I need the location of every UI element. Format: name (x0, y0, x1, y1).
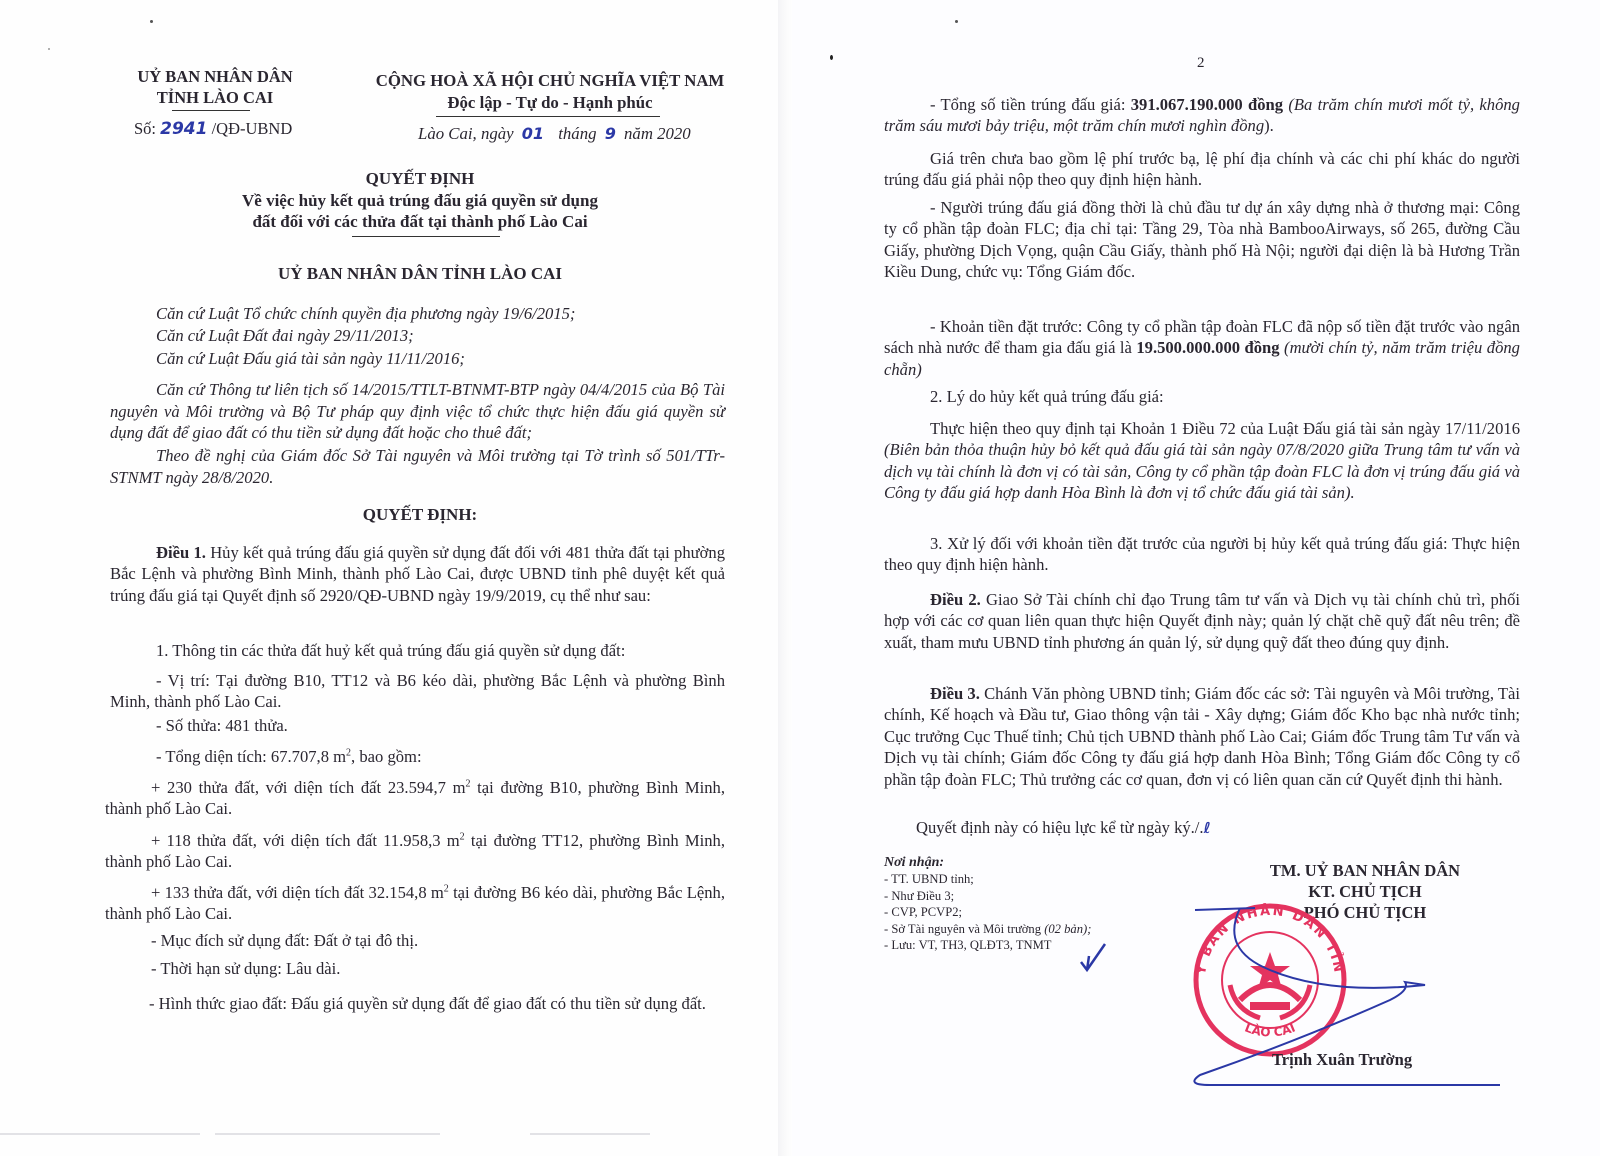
total-area-suffix: , bao gồm: (351, 747, 422, 766)
number-prefix: Số: (134, 119, 156, 138)
article-2-label: Điều 2. (930, 590, 981, 609)
handwritten-number: 2941 (160, 119, 207, 139)
article-2: Điều 2. Giao Sở Tài chính chỉ đạo Trung … (884, 589, 1520, 653)
parcel-group-3: + 133 thửa đất, với diện tích đất 32.154… (105, 882, 725, 925)
initial-check-icon (1075, 940, 1115, 975)
subject-line-2: đất đối với các thửa đất tại thành phố L… (150, 211, 690, 233)
recipients-title: Nơi nhận: (884, 855, 1184, 871)
parcel-group-1: + 230 thửa đất, với diện tích đất 23.594… (105, 777, 725, 820)
total-amount-close: ). (1264, 116, 1274, 135)
recipient-item: - Lưu: VT, TH3, QLĐT3, TNMT (884, 937, 1184, 953)
cancellation-reason: Thực hiện theo quy định tại Khoản 1 Điều… (884, 418, 1520, 504)
effective-text: Quyết định này có hiệu lực kể từ ngày ký… (916, 818, 1204, 837)
legal-basis-4: Căn cứ Thông tư liên tịch số 14/2015/TTL… (110, 379, 725, 444)
date-place: Lào Cai, ngày (418, 124, 514, 143)
price-note: Giá trên chưa bao gồm lệ phí trước bạ, l… (884, 148, 1520, 191)
page-gutter (778, 0, 792, 1156)
section-3-deposit-handling: 3. Xử lý đối với khoản tiền đặt trước củ… (884, 533, 1520, 576)
date-day: 01 (522, 124, 544, 143)
date-month-label: tháng (558, 124, 596, 143)
deposit-info: - Khoản tiền đặt trước: Công ty cổ phần … (884, 316, 1520, 380)
article-1-label: Điều 1. (156, 543, 206, 562)
total-area: - Tổng diện tích: 67.707,8 m2, bao gồm: (110, 746, 725, 767)
motto-underline (436, 116, 660, 117)
total-amount-label: - Tổng số tiền trúng đấu giá: (930, 95, 1125, 114)
decision-title: QUYẾT ĐỊNH Về việc hủy kết quả trúng đấu… (150, 168, 690, 233)
effective-clause: Quyết định này có hiệu lực kể từ ngày ký… (870, 817, 1506, 839)
parcel-group-2-area: + 118 thửa đất, với diện tích đất 11.958… (151, 831, 460, 850)
date-month: 9 (605, 124, 616, 143)
section-1-title: 1. Thông tin các thửa đất huỷ kết quả tr… (110, 640, 725, 661)
recipient-text: - Lưu: VT, TH3, QLĐT3, TNMT (884, 938, 1052, 952)
parcel-group-1-area: + 230 thửa đất, với diện tích đất 23.594… (151, 778, 466, 797)
title-heading: QUYẾT ĐỊNH (150, 168, 690, 190)
recipients-list: Nơi nhận: - TT. UBND tỉnh; - Như Điều 3;… (884, 855, 1184, 953)
parcel-location: - Vị trí: Tại đường B10, TT12 và B6 kéo … (110, 670, 725, 713)
legal-basis-3: Căn cứ Luật Đấu giá tài sản ngày 11/11/2… (110, 348, 725, 369)
title-underline (352, 236, 500, 237)
reason-minutes: (Biên bản thỏa thuận hủy bỏ kết quả đấu … (884, 440, 1520, 502)
auction-winner: - Người trúng đấu giá đồng thời là chủ đ… (884, 197, 1520, 283)
issue-date: Lào Cai, ngày 01 tháng 9 năm 2020 (418, 124, 691, 144)
national-header: CỘNG HOÀ XÃ HỘI CHỦ NGHĨA VIỆT NAM Độc l… (360, 70, 740, 114)
allocation-method: - Hình thức giao đất: Đấu giá quyền sử d… (103, 993, 725, 1014)
page-number: 2 (1197, 55, 1205, 72)
document-number: Số: 2941 /QĐ-UBND (134, 119, 292, 139)
article-1: Điều 1. Hủy kết quả trúng đấu giá quyền … (110, 542, 725, 606)
reason-text: Thực hiện theo quy định tại Khoản 1 Điều… (930, 419, 1520, 438)
scan-speck (830, 55, 833, 60)
article-3-label: Điều 3. (930, 684, 980, 703)
recipient-item: - Như Điều 3; (884, 888, 1184, 904)
signer-name: Trịnh Xuân Trường (1272, 1050, 1412, 1070)
subject-line-1: Về việc hủy kết quả trúng đấu giá quyền … (150, 190, 690, 212)
article-3: Điều 3. Chánh Văn phòng UBND tỉnh; Giám … (884, 683, 1520, 790)
agency-name: UỶ BAN NHÂN DÂN TỈNH LÀO CAI (120, 66, 310, 108)
recipient-item: - Sở Tài nguyên và Môi trường (02 bản); (884, 921, 1184, 937)
land-use-purpose: - Mục đích sử dụng đất: Đất ở tại đô thị… (105, 930, 725, 951)
scan-mark (215, 1133, 440, 1135)
recipient-item: - CVP, PCVP2; (884, 904, 1184, 920)
land-use-term: - Thời hạn sử dụng: Lâu dài. (105, 958, 725, 979)
legal-basis-1: Căn cứ Luật Tổ chức chính quyền địa phươ… (110, 303, 725, 324)
recipient-item: - TT. UBND tỉnh; (884, 871, 1184, 887)
article-3-text: Chánh Văn phòng UBND tỉnh; Giám đốc các … (884, 684, 1520, 789)
scan-speck (48, 48, 50, 50)
total-amount-value: 391.067.190.000 đồng (1131, 95, 1283, 114)
date-year: năm 2020 (624, 124, 691, 143)
parcel-count: - Số thửa: 481 thửa. (110, 715, 725, 736)
svg-text:LÀO CAI: LÀO CAI (1243, 1020, 1298, 1039)
issuer-heading: UỶ BAN NHÂN DÂN TỈNH LÀO CAI (150, 264, 690, 284)
agency-underline (172, 110, 250, 111)
number-suffix: /QĐ-UBND (212, 119, 293, 138)
scan-speck (150, 20, 153, 23)
national-motto: Độc lập - Tự do - Hạnh phúc (360, 92, 740, 114)
signature-line-1: TM. UỶ BAN NHÂN DÂN (1230, 860, 1500, 881)
legal-basis-5: Theo đề nghị của Giám đốc Sở Tài nguyên … (110, 445, 725, 488)
parcel-group-3-area: + 133 thửa đất, với diện tích đất 32.154… (151, 883, 444, 902)
agency-line-2: TỈNH LÀO CAI (120, 87, 310, 108)
country-name: CỘNG HOÀ XÃ HỘI CHỦ NGHĨA VIỆT NAM (360, 70, 740, 92)
scan-mark (0, 1133, 200, 1135)
initial-mark: ℓ (1204, 819, 1211, 837)
legal-basis-2: Căn cứ Luật Đất đai ngày 29/11/2013; (110, 325, 725, 346)
parcel-group-2: + 118 thửa đất, với diện tích đất 11.958… (105, 830, 725, 873)
total-winning-amount: - Tổng số tiền trúng đấu giá: 391.067.19… (884, 94, 1520, 137)
copies-note: (02 bản); (1044, 922, 1091, 936)
section-2-title: 2. Lý do hủy kết quả trúng đấu giá: (884, 386, 1520, 407)
deposit-amount: 19.500.000.000 đồng (1136, 338, 1279, 357)
scan-mark (530, 1133, 650, 1135)
decision-heading: QUYẾT ĐỊNH: (150, 505, 690, 525)
scan-speck (955, 20, 958, 23)
recipient-text: - Sở Tài nguyên và Môi trường (884, 922, 1041, 936)
agency-line-1: UỶ BAN NHÂN DÂN (120, 66, 310, 87)
total-area-value: - Tổng diện tích: 67.707,8 m (156, 747, 346, 766)
